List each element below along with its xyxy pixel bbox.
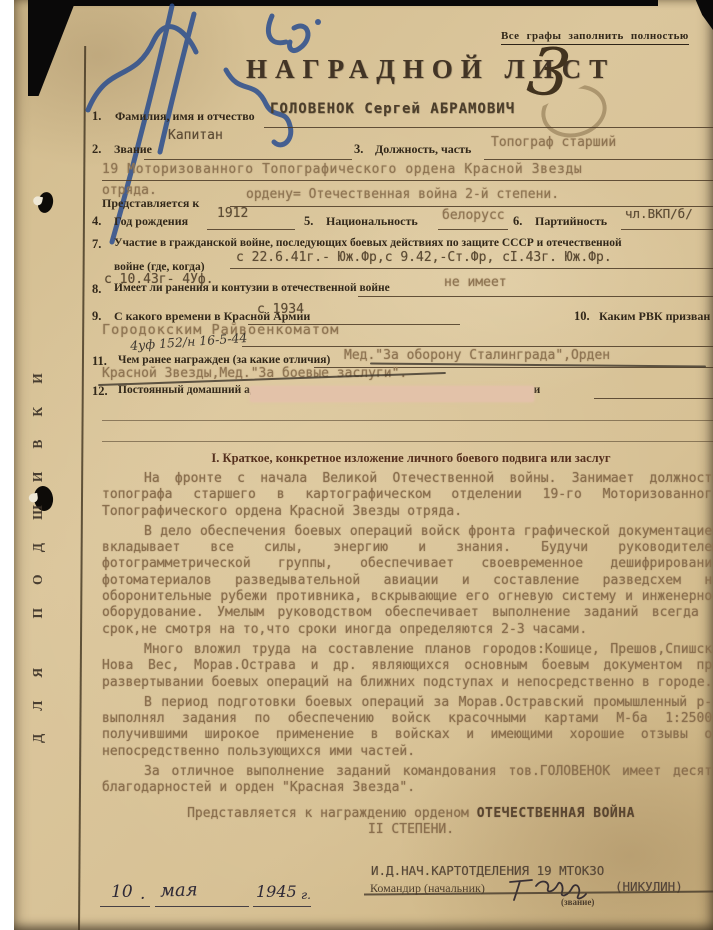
field-9-number: 9. bbox=[92, 309, 101, 324]
conclusion-degree: II СТЕПЕНИ. bbox=[102, 822, 713, 838]
scan-corner-top-right bbox=[689, 0, 713, 30]
date-year: 1945 bbox=[256, 882, 297, 901]
field-6-label: Партийность bbox=[535, 214, 607, 229]
field-underline bbox=[102, 420, 713, 421]
date-underline bbox=[253, 906, 311, 907]
citation-paragraph: В дело обеспечения боевых операций войск… bbox=[102, 524, 713, 638]
field-underline bbox=[230, 268, 713, 269]
field-12-number: 12. bbox=[92, 384, 108, 399]
field-underline bbox=[264, 127, 713, 128]
field-2-label: Звание bbox=[114, 142, 152, 157]
field-2-number: 2. bbox=[92, 142, 101, 157]
section-1-heading: I. Краткое, конкретное изложение личного… bbox=[102, 451, 713, 466]
field-underline bbox=[207, 229, 295, 230]
field-8-label: Имеет ли ранения и контузии в отечествен… bbox=[114, 282, 390, 294]
paper-sheet: ДЛЯ ПОДШИВКИ Все графы заполнить полност… bbox=[14, 0, 713, 930]
field-underline bbox=[144, 159, 352, 160]
date-day: 10 bbox=[111, 882, 133, 902]
citation-paragraph: Много вложил труда на составление планов… bbox=[102, 642, 713, 691]
fill-note: Все графы заполнить полностью bbox=[501, 30, 689, 45]
filing-margin-text: ДЛЯ ПОДШИВКИ bbox=[30, 238, 46, 743]
punch-hole bbox=[36, 191, 55, 215]
date-underline bbox=[100, 906, 150, 907]
field-3-label: Должность, часть bbox=[375, 142, 471, 157]
citation-paragraph: На фронте с начала Великой Отечественной… bbox=[102, 471, 713, 520]
field-5-label: Национальность bbox=[326, 214, 418, 229]
field-3-number: 3. bbox=[354, 142, 363, 157]
field-5-number: 5. bbox=[304, 214, 313, 229]
field-7-value-line1: с 22.6.41г.- Юж.Фр,с 9.42,-Ст.Фр, сI.43г… bbox=[236, 250, 612, 265]
field-2-value: Капитан bbox=[168, 128, 223, 143]
field-4-number: 4. bbox=[92, 214, 101, 229]
scanned-document-page: ДЛЯ ПОДШИВКИ Все графы заполнить полност… bbox=[0, 0, 713, 930]
date-underline bbox=[155, 906, 249, 907]
field-5-value: белорусс bbox=[442, 208, 505, 223]
conclusion-line: Представляется к награждению орденом ОТЕ… bbox=[102, 806, 713, 822]
field-11-label: Чем ранее награжден (за какие отличия) bbox=[118, 354, 330, 366]
citation-paragraph: За отличное выполнение заданий командова… bbox=[102, 764, 713, 797]
conclusion-award-name: ОТЕЧЕСТВЕННАЯ ВОЙНА bbox=[477, 806, 635, 821]
field-underline bbox=[102, 441, 713, 442]
field-1-label: Фамилия, имя и отчество bbox=[115, 109, 255, 124]
field-7-label-line1: Участие в гражданской войне, последующих… bbox=[114, 237, 622, 249]
field-6-value: чл.ВКП/б/ bbox=[625, 206, 693, 221]
field-underline bbox=[621, 229, 713, 230]
citation-text: На фронте с начала Великой Отечественной… bbox=[102, 471, 713, 838]
field-1-number: 1. bbox=[92, 109, 101, 124]
field-6-number: 6. bbox=[513, 214, 522, 229]
rank-caption: (звание) bbox=[561, 897, 594, 907]
field-underline bbox=[594, 398, 713, 399]
field-underline bbox=[484, 159, 713, 160]
field-3-value-cont1: 19 Моторизованного Топографического орде… bbox=[102, 162, 582, 177]
field-11-value-line1: Мед."За оборону Сталинграда",Орден bbox=[344, 348, 610, 363]
date-suffix: г. bbox=[301, 888, 311, 902]
date-month: мая bbox=[160, 879, 198, 901]
field-8-number: 8. bbox=[92, 282, 101, 297]
nominated-for-label: Представляется к bbox=[102, 196, 199, 211]
field-10-number: 10. bbox=[574, 309, 590, 324]
field-underline bbox=[358, 296, 713, 297]
scan-corner-top-left bbox=[28, 0, 76, 96]
field-9-value: с 1934 bbox=[257, 302, 304, 317]
field-10-label: Каким РВК призван bbox=[599, 309, 710, 324]
field-underline bbox=[102, 180, 713, 181]
field-7-number: 7. bbox=[92, 237, 101, 252]
field-4-label: Год рождения bbox=[114, 214, 188, 229]
redacted-address-block bbox=[250, 386, 534, 402]
field-4-value: 1912 bbox=[217, 206, 248, 221]
field-underline bbox=[438, 229, 508, 230]
citation-paragraph: В период подготовки боевых операций за М… bbox=[102, 695, 713, 760]
field-3-value: Топограф старший bbox=[491, 135, 616, 150]
nominated-for-value: ордену= Отечественная война 2-й степени. bbox=[246, 187, 559, 202]
conclusion-pre: Представляется к награждению орденом bbox=[187, 806, 469, 821]
date-separator: . bbox=[140, 884, 145, 904]
field-1-value: ГОЛОВЕНОК Сергей АБРАМОВИЧ bbox=[270, 101, 515, 117]
field-8-value: не имеет bbox=[444, 275, 507, 290]
